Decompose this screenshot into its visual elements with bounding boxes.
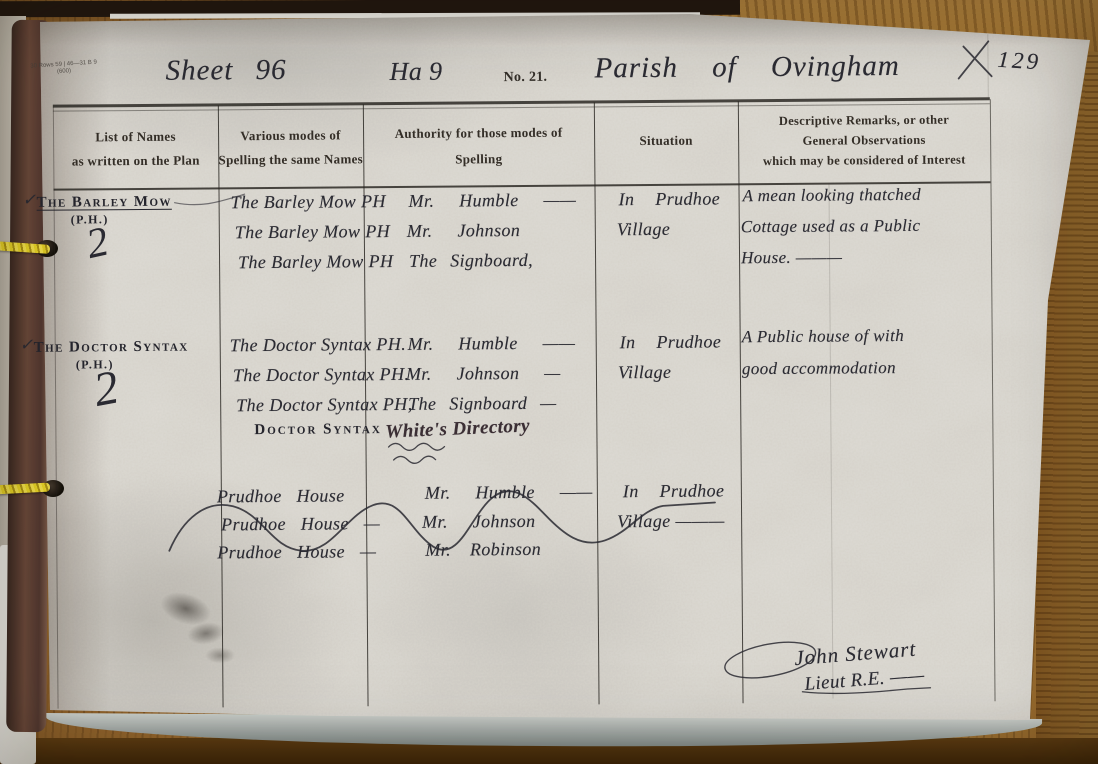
column-header-line: Authority for those modes of	[363, 119, 594, 147]
printed-number-label: No. 21.	[504, 70, 548, 86]
authority-entry: Mr. Johnson —	[406, 363, 561, 385]
authority-entry: Mr. Humble ——	[425, 481, 593, 503]
photographed-name-book: 30 Rows 59 | 46—31 B 9 (600) Sheet 96 Ha…	[0, 0, 1098, 764]
situation-entry: In Prudhoe	[619, 188, 721, 210]
ink-smudge	[178, 615, 234, 652]
spelling-entry: Prudhoe House —	[221, 513, 380, 535]
column-header-line: Spelling	[363, 145, 594, 173]
column-header-line: Descriptive Remarks, or other	[738, 109, 990, 131]
authority-entry: Mr. Johnson	[407, 220, 521, 242]
spelling-entry: The Barley Mow PH	[238, 251, 393, 273]
spelling-entry: The Barley Mow PH	[235, 221, 390, 243]
spelling-entry: The Doctor Syntax PH.	[233, 364, 410, 386]
table-rule-right	[990, 99, 996, 701]
authority-entry: The Signboard,	[409, 250, 533, 272]
remark-line: Cottage used as a Public	[741, 216, 921, 237]
situation-entry: In Prudhoe	[623, 480, 725, 502]
situation-entry: Village	[618, 362, 672, 383]
column-header-line: List of Names	[53, 124, 218, 149]
table-rule-col3	[594, 102, 600, 704]
ink-smudge	[145, 578, 226, 640]
column-header-situation: Situation	[594, 132, 738, 149]
column-header-line: which may be considered of Interest	[738, 149, 990, 171]
pen-squiggle	[388, 443, 444, 450]
spelling-entry: Prudhoe House	[217, 485, 345, 507]
column-header-authority: Authority for those modes of Spelling	[363, 119, 594, 173]
authority-entry: The Signboard —	[408, 393, 557, 415]
remark-line: A Public house of with	[742, 326, 905, 347]
column-header-line: General Observations	[738, 129, 990, 151]
situation-entry: Village	[617, 219, 671, 240]
alternate-name: Doctor Syntax	[254, 421, 381, 439]
situation-entry: Village ———	[617, 510, 725, 532]
spelling-entry: Prudhoe House —	[217, 541, 376, 563]
spelling-entry: The Doctor Syntax PH,	[236, 394, 413, 416]
remark-line: A mean looking thatched	[742, 185, 921, 206]
plan-reference: Ha 9	[389, 57, 442, 87]
column-header-remarks: Descriptive Remarks, or other General Ob…	[738, 109, 990, 171]
column-header-line: Spelling the same Names	[218, 147, 363, 172]
column-header-line: Situation	[594, 132, 738, 149]
column-header-names: List of Names as written on the Plan	[53, 124, 218, 173]
ink-smudge	[200, 644, 240, 666]
plan-name: The Barley Mow	[37, 194, 172, 212]
remark-line: good accommodation	[742, 358, 896, 379]
check-mark: ✓	[20, 335, 34, 355]
pen-squiggle	[394, 456, 436, 463]
authority-entry: Mr. Humble ——	[408, 333, 576, 355]
table-rule-col1	[218, 105, 224, 707]
parish-title: Parish of Ovingham	[594, 50, 899, 85]
authority-entry: Mr. Johnson	[422, 511, 536, 533]
situation-entry: In Prudhoe	[620, 331, 722, 353]
page-content: 30 Rows 59 | 46—31 B 9 (600) Sheet 96 Ha…	[0, 0, 1098, 764]
column-header-line: as written on the Plan	[53, 148, 218, 173]
spelling-entry: The Doctor Syntax PH.	[230, 334, 407, 356]
signature-rank: Lieut R.E. ——	[804, 665, 926, 696]
authority-entry: White's Directory	[385, 415, 530, 443]
printers-imprint: 30 Rows 59 | 46—31 B 9 (600)	[30, 60, 97, 78]
remark-line: House. ———	[741, 247, 842, 268]
column-header-spelling-modes: Various modes of Spelling the same Names	[218, 123, 363, 172]
authority-entry: Mr. Robinson	[425, 539, 541, 561]
tally-mark: 2	[89, 360, 123, 418]
page-number: 129	[997, 47, 1042, 76]
check-mark: ✓	[22, 190, 36, 210]
plan-name: The Doctor Syntax	[34, 339, 189, 357]
sheet-number: Sheet 96	[165, 54, 286, 88]
spelling-entry: The Barley Mow PH	[231, 191, 386, 213]
authority-entry: Mr. Humble ——	[409, 190, 577, 212]
column-header-line: Various modes of	[218, 123, 363, 148]
paper-crease-top	[987, 34, 989, 98]
